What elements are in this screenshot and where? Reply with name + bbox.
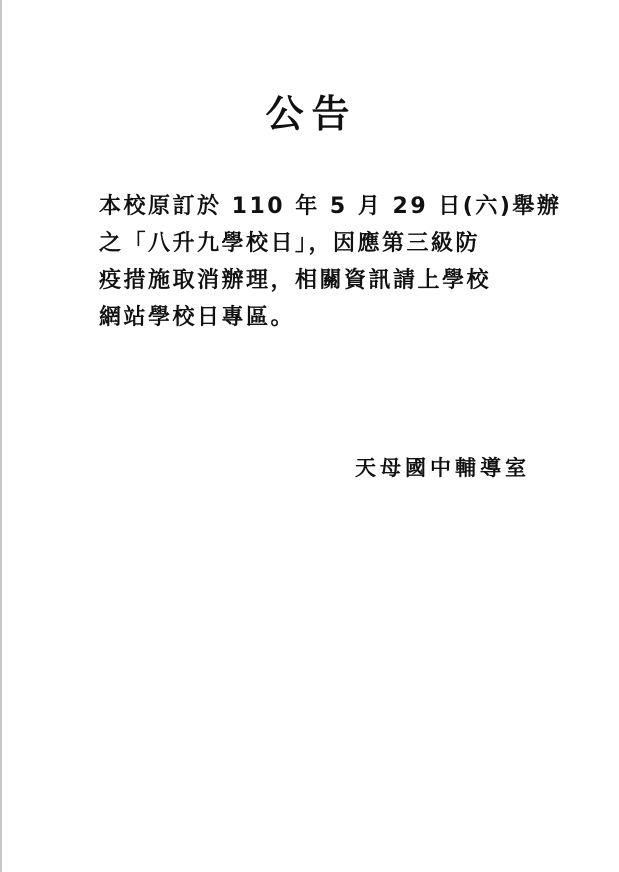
- body-line-3: 疫措施取消辦理，相關資訊請上學校: [99, 262, 529, 299]
- document-page: 公告 本校原訂於 110 年 5 月 29 日(六)舉辦 之「八升九學校日」，因…: [0, 0, 619, 872]
- announcement-title: 公告: [2, 86, 619, 142]
- body-line-1: 本校原訂於 110 年 5 月 29 日(六)舉辦: [99, 188, 529, 225]
- body-line-2: 之「八升九學校日」，因應第三級防: [99, 225, 529, 262]
- body-line-4: 網站學校日專區。: [99, 299, 529, 336]
- announcement-body: 本校原訂於 110 年 5 月 29 日(六)舉辦 之「八升九學校日」，因應第三…: [99, 188, 529, 336]
- issuer-signature: 天母國中輔導室: [340, 450, 530, 486]
